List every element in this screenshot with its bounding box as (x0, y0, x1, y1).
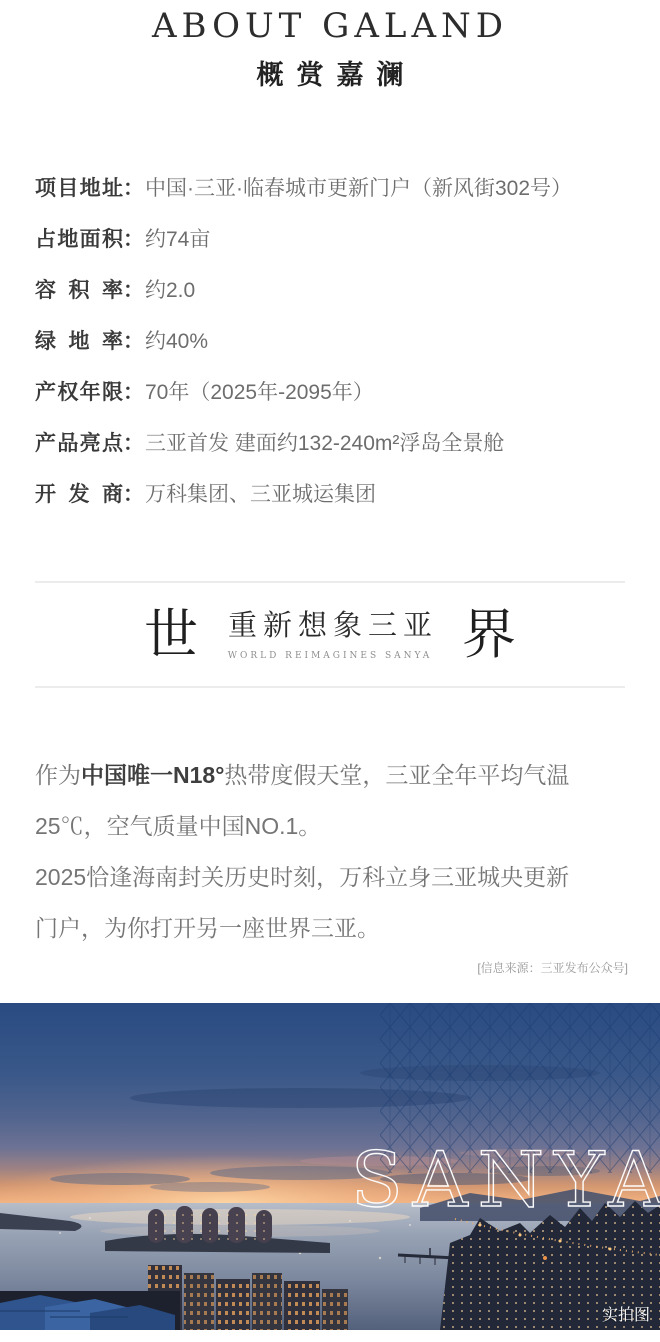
page-title-en: ABOUT GALAND (0, 0, 660, 46)
info-row-land-area: 占地面积：约74亩 (35, 229, 625, 251)
info-value: 约2.0 (145, 279, 195, 302)
info-row-tenure: 产权年限：70年（2025年-2095年） (35, 382, 625, 404)
page-title-cn: 概赏嘉澜 (0, 60, 660, 92)
p2-line2: 门户，为你打开另一座世界三亚。 (35, 915, 380, 941)
world-char-left: 世 (144, 608, 198, 662)
info-label: 产品亮点 (35, 433, 123, 455)
brand-header: ABOUT GALAND 概赏嘉澜 (0, 0, 660, 92)
info-value: 约40% (145, 330, 208, 353)
bottom-left-rooftops (0, 1291, 180, 1330)
info-value: 约74亩 (145, 228, 210, 251)
sanya-overlay-text: SANYA (351, 1135, 660, 1224)
info-label: 项目地址 (35, 178, 123, 200)
world-slogan-en: WORLD REIMAGINES SANYA (222, 651, 438, 661)
info-label: 占地面积 (35, 229, 123, 251)
p1-rest-line1: 热带度假天堂，三亚全年平均气温 (224, 762, 569, 788)
project-info-list: 项目地址：中国·三亚·临春城市更新门户（新风街302号） 占地面积：约74亩 容… (35, 178, 625, 506)
info-label: 产权年限 (35, 382, 123, 404)
info-colon: ： (123, 330, 144, 353)
p2-line1: 2025恰逢海南封关历史时刻，万科立身三亚城央更新 (35, 864, 569, 890)
info-colon: ： (123, 228, 144, 251)
info-row-green-ratio: 绿地率：约40% (35, 331, 625, 353)
article-page: ABOUT GALAND 概赏嘉澜 项目地址：中国·三亚·临春城市更新门户（新风… (0, 0, 660, 1342)
info-value: 万科集团、三亚城运集团 (145, 483, 376, 506)
info-row-developer: 开发商：万科集团、三亚城运集团 (35, 484, 625, 506)
info-row-address: 项目地址：中国·三亚·临春城市更新门户（新风街302号） (35, 178, 625, 200)
world-slogan-cn: 重新想象三亚 (222, 609, 438, 641)
photo-credit-badge: 实拍图 (602, 1306, 650, 1324)
info-colon: ： (123, 432, 144, 455)
sanya-photo-scene: SANYA 实拍图 (0, 1003, 660, 1330)
p1-emphasis: 中国唯一N18° (81, 762, 224, 788)
source-note: [信息来源：三亚发布公众号] (35, 960, 628, 976)
info-value: 三亚首发 建面约132-240m²浮岛全景舱 (145, 432, 504, 455)
info-value: 70年（2025年-2095年） (145, 381, 374, 404)
paragraph-2: 2025恰逢海南封关历史时刻，万科立身三亚城央更新门户，为你打开另一座世界三亚。 (35, 852, 625, 954)
info-label: 容积率 (35, 280, 123, 302)
info-colon: ： (123, 381, 144, 404)
info-label: 绿地率 (35, 331, 123, 353)
paragraph-1: 作为中国唯一N18°热带度假天堂，三亚全年平均气温25℃，空气质量中国NO.1。 (35, 750, 625, 852)
p1-rest-line2: 25℃，空气质量中国NO.1。 (35, 813, 321, 839)
info-label: 开发商 (35, 484, 123, 506)
info-row-highlight: 产品亮点：三亚首发 建面约132-240m²浮岛全景舱 (35, 433, 625, 455)
sanya-photo: SANYA 实拍图 (0, 1003, 660, 1330)
body-copy: 作为中国唯一N18°热带度假天堂，三亚全年平均气温25℃，空气质量中国NO.1。… (35, 750, 625, 954)
world-divider-banner: 世 重新想象三亚 WORLD REIMAGINES SANYA 界 (35, 581, 625, 688)
world-char-right: 界 (462, 608, 516, 662)
info-colon: ： (123, 177, 144, 200)
info-value: 中国·三亚·临春城市更新门户（新风街302号） (145, 177, 572, 200)
p1-pre: 作为 (35, 762, 81, 788)
info-colon: ： (123, 483, 144, 506)
info-colon: ： (123, 279, 144, 302)
info-row-plot-ratio: 容积率：约2.0 (35, 280, 625, 302)
world-divider-center: 重新想象三亚 WORLD REIMAGINES SANYA (218, 609, 442, 661)
